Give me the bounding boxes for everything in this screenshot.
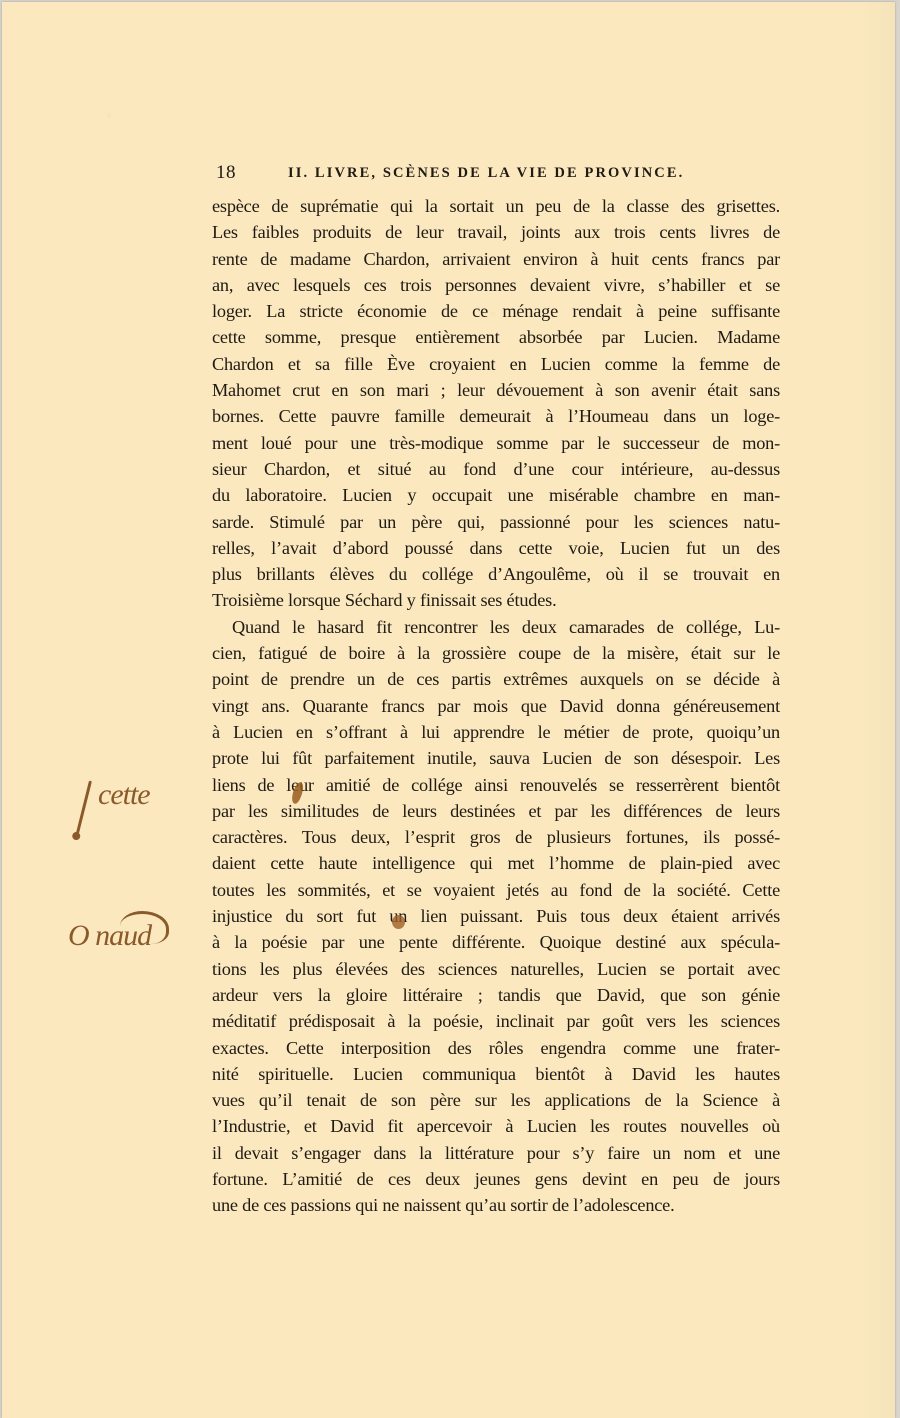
annotation-text: O naud: [68, 919, 151, 953]
text-line: tions les plus élevées des sciences natu…: [212, 956, 780, 982]
text-line: ardeur vers la gloire littéraire ; tandi…: [212, 982, 780, 1008]
text-line: daient cette haute intelligence qui met …: [212, 850, 780, 876]
text-line: exactes. Cette interposition des rôles e…: [212, 1035, 780, 1061]
text-line-paragraph-start: Quand le hasard fit rencontrer les deux …: [212, 614, 780, 640]
text-line: prote lui fût parfaitement inutile, sauv…: [212, 745, 780, 771]
text-line: nité spirituelle. Lucien communiqua bien…: [212, 1061, 780, 1087]
text-line: sarde. Stimulé par un père qui, passionn…: [212, 509, 780, 535]
text-line: cien, fatigué de boire à la grossière co…: [212, 640, 780, 666]
text-line: du laboratoire. Lucien y occupait une mi…: [212, 482, 780, 508]
text-line-page-end: une de ces passions qui ne naissent qu’a…: [212, 1192, 780, 1218]
text-line: sieur Chardon, et situé au fond d’une co…: [212, 456, 780, 482]
annotation-text: cette: [98, 778, 150, 812]
text-line: caractères. Tous deux, l’esprit gros de …: [212, 824, 780, 850]
text-line: cette somme, presque entièrement absorbé…: [212, 324, 780, 350]
text-line: vingt ans. Quarante francs par mois que …: [212, 693, 780, 719]
book-page: 18 II. LIVRE, SCÈNES DE LA VIE DE PROVIN…: [2, 2, 895, 1418]
text-line: Chardon et sa fille Ève croyaient en Luc…: [212, 351, 780, 377]
page-header: 18 II. LIVRE, SCÈNES DE LA VIE DE PROVIN…: [216, 162, 786, 186]
text-line: Mahomet crut en son mari ; leur dévoueme…: [212, 377, 780, 403]
text-line: ment loué pour une très-modique somme pa…: [212, 430, 780, 456]
text-line: il devait s’engager dans la littérature …: [212, 1140, 780, 1166]
margin-annotation-onaud: O naud: [68, 907, 178, 967]
body-text: espèce de suprématie qui la sortait un p…: [212, 193, 780, 1219]
text-line: toutes les sommités, et se voyaient jeté…: [212, 877, 780, 903]
page-number: 18: [216, 162, 236, 184]
text-line: méditatif prédisposait à la poésie, incl…: [212, 1008, 780, 1034]
text-line: an, avec lesquels ces trois personnes de…: [212, 272, 780, 298]
text-line: à la poésie par une pente différente. Qu…: [212, 929, 780, 955]
correction-mark-lien: [392, 915, 405, 929]
text-line: espèce de suprématie qui la sortait un p…: [212, 193, 780, 219]
text-line: relles, l’avait d’abord poussé dans cett…: [212, 535, 780, 561]
text-line: bornes. Cette pauvre famille demeurait à…: [212, 403, 780, 429]
text-line: point de prendre un de ces partis extrêm…: [212, 666, 780, 692]
margin-annotation-cette: cette: [70, 772, 180, 842]
text-line: loger. La stricte économie de ce ménage …: [212, 298, 780, 324]
text-line: plus brillants élèves du collége d’Angou…: [212, 561, 780, 587]
running-head: II. LIVRE, SCÈNES DE LA VIE DE PROVINCE.: [288, 165, 684, 182]
text-line: Les faibles produits de leur travail, jo…: [212, 219, 780, 245]
text-line: injustice du sort fut un lien puissant. …: [212, 903, 780, 929]
text-line: rente de madame Chardon, arrivaient envi…: [212, 246, 780, 272]
text-line-paragraph-end: Troisième lorsque Séchard y finissait se…: [212, 587, 780, 613]
insertion-mark-icon: [75, 780, 92, 837]
text-line: à Lucien en s’offrant à lui apprendre le…: [212, 719, 780, 745]
text-line: fortune. L’amitié de ces deux jeunes gen…: [212, 1166, 780, 1192]
text-line: l’Industrie, et David fit apercevoir à L…: [212, 1113, 780, 1139]
text-line: vues qu’il tenait de son père sur les ap…: [212, 1087, 780, 1113]
